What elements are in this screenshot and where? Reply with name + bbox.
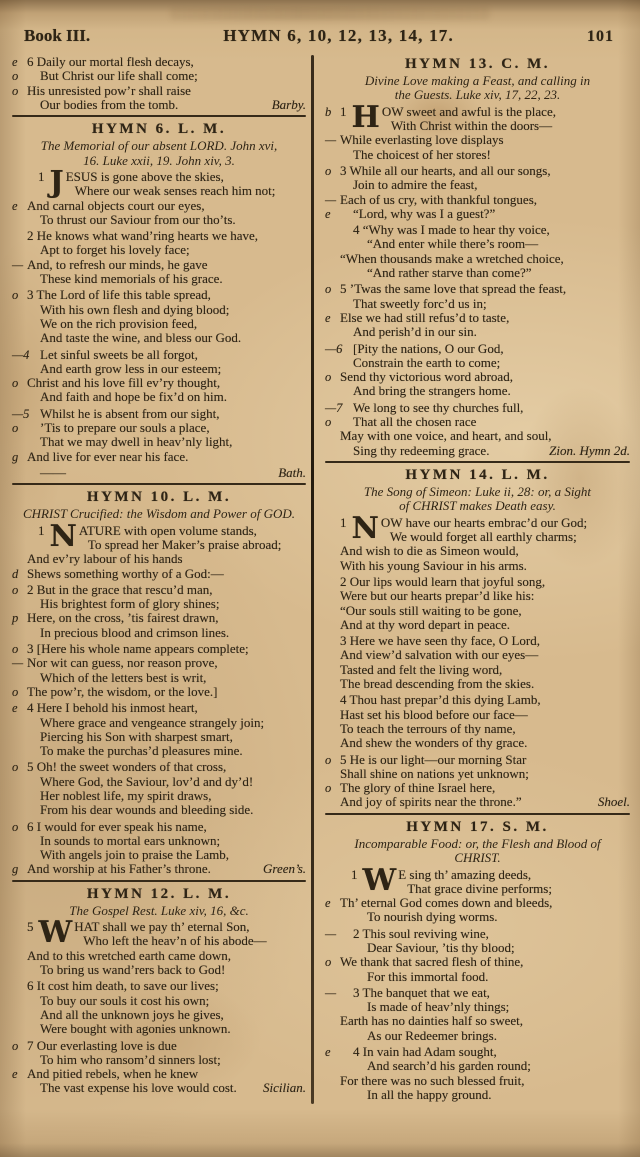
- margin-letter: o: [12, 84, 18, 98]
- margin-letter: o: [325, 370, 331, 384]
- stanza-line-text: That all the chosen race: [353, 414, 476, 429]
- stanza-line-text: Is made of heav’nly things;: [367, 999, 509, 1014]
- stanza: 2 He knows what wand’ring hearts we have…: [10, 229, 308, 286]
- stanza-line-text: Let sinful sweets be all forgot,: [40, 347, 198, 362]
- margin-letter: o: [12, 69, 18, 83]
- stanza-line-text: Where grace and vengeance strangely join…: [40, 715, 264, 730]
- stanza-line-text: His unresisted pow’r shall raise: [27, 83, 191, 98]
- stanza-line-text: Her noblest life, my spirit draws,: [40, 788, 212, 803]
- verse-opening-lines: OW have our hearts embrac’d our God;We w…: [381, 516, 587, 545]
- stanza-line-text: That sweetly forc’d us in;: [353, 296, 487, 311]
- stanza-line: And search’d his garden round;: [323, 1059, 632, 1073]
- stanza-line-text: 3 The Lord of life this table spread,: [27, 287, 211, 302]
- stanza: o6 I would for ever speak his name,In so…: [10, 820, 308, 877]
- hymn-subtitle-line: The Memorial of our absent LORD. John xv…: [10, 139, 308, 153]
- stanza-line-text: In precious blood and crimson lines.: [40, 625, 229, 640]
- stanza-line: To buy our souls it cost his own;: [10, 994, 308, 1008]
- stanza: 1JESUS is gone above the skies,Where our…: [10, 170, 308, 227]
- stanza-line: As our Redeemer brings.: [323, 1029, 632, 1043]
- stanza: —7We long to see thy churches full,oThat…: [323, 401, 632, 458]
- margin-letter: o: [12, 642, 18, 656]
- page-number: 101: [587, 28, 614, 46]
- verse-opening-lines: HAT shall we pay th’ eternal Son,Who lef…: [74, 920, 266, 949]
- stanza-line: —2 This soul reviving wine,: [323, 927, 632, 941]
- stanza-line: Where God, the Saviour, lov’d and dy’d!: [10, 775, 308, 789]
- stanza-line: Where our weak senses reach him not;: [75, 184, 276, 198]
- stanza-line-text: Else we had still refus’d to taste,: [340, 310, 509, 325]
- stanza-line: Shall shine on nations yet unknown;: [323, 767, 632, 781]
- stanza-line-text: To nourish dying worms.: [367, 909, 498, 924]
- stanza-line: ESUS is gone above the skies,: [66, 170, 276, 184]
- margin-letter: d: [12, 567, 18, 581]
- stanza-line-text: “And rather starve than come?”: [367, 265, 532, 280]
- stanza: —6[Pity the nations, O our God,Constrain…: [323, 342, 632, 399]
- hymn-subtitle: The Memorial of our absent LORD. John xv…: [10, 139, 308, 168]
- verse-opening-lines: ATURE with open volume stands,To spread …: [79, 524, 281, 553]
- stanza: 5WHAT shall we pay th’ eternal Son,Who l…: [10, 920, 308, 977]
- stanza-line: —7We long to see thy churches full,: [323, 401, 632, 415]
- margin-letter: e: [325, 311, 331, 325]
- stanza: o5 He is our light—our morning StarShall…: [323, 753, 632, 810]
- verse-number: 1: [340, 516, 347, 530]
- stanza-line-text: Earth has no dainties half so sweet,: [340, 1013, 523, 1028]
- stanza-line: —Nor wit can guess, nor reason prove,: [10, 656, 308, 670]
- running-title: HYMN 6, 10, 12, 13, 14, 17.: [223, 26, 454, 46]
- stanza-line-text: And worship at his Father’s throne.: [27, 861, 211, 876]
- stanza-line: Were bought with agonies unknown.: [10, 1022, 308, 1036]
- stanza-line-text: Dear Saviour, ’tis thy blood;: [367, 940, 515, 955]
- stanza: e4 Here I behold his inmost heart,Where …: [10, 701, 308, 758]
- stanza-line: With Christ within the doors—: [391, 119, 556, 133]
- stanza: o5 Oh! the sweet wonders of that cross,W…: [10, 760, 308, 817]
- verse-opening-lines: ESUS is gone above the skies,Where our w…: [66, 170, 276, 199]
- stanza-line-text: 3 While all our hearts, and all our song…: [340, 163, 551, 178]
- stanza-line-text: 7 Our everlasting love is due: [27, 1038, 177, 1053]
- verse-opening: 1WE sing th’ amazing deeds,That grace di…: [323, 868, 632, 897]
- stanza-line: We on the rich provision feed,: [10, 317, 308, 331]
- stanza-line-text: [Pity the nations, O our God,: [353, 341, 504, 356]
- margin-letter: g: [12, 862, 18, 876]
- stanza-line: And view’d salvation with our eyes—: [323, 648, 632, 662]
- verse-opening: 1NOW have our hearts embrac’d our God;We…: [323, 516, 632, 545]
- stanza: 1NATURE with open volume stands,To sprea…: [10, 524, 308, 581]
- stanza: 1WE sing th’ amazing deeds,That grace di…: [323, 868, 632, 925]
- stanza-line-text: And pitied rebels, when he knew: [27, 1066, 198, 1081]
- stanza-line-text: Which of the letters best is writ,: [40, 670, 206, 685]
- stanza-line: With his young Saviour in his arms.: [323, 559, 632, 573]
- stanza-line: gAnd worship at his Father’s throne.Gree…: [10, 862, 308, 876]
- stanza-line: To make the purchas’d pleasures mine.: [10, 744, 308, 758]
- stanza-line: o6 I would for ever speak his name,: [10, 820, 308, 834]
- verse-number: 5: [27, 920, 34, 934]
- margin-letter: o: [12, 820, 18, 834]
- stanza-line: —6[Pity the nations, O our God,: [323, 342, 632, 356]
- verse-number: 1: [351, 868, 358, 882]
- tune-attribution: Bath.: [278, 466, 306, 480]
- stanza-line-text: 5 ’Twas the same love that spread the fe…: [340, 281, 566, 296]
- stanza-line-text: 6 It cost him death, to save our lives;: [27, 978, 219, 993]
- page-header: Book III. HYMN 6, 10, 12, 13, 14, 17. 10…: [24, 26, 614, 46]
- verse-opening-lines: OW sweet and awful is the place,With Chr…: [382, 105, 556, 134]
- stanza-line-text: Sing thy redeeming grace.: [353, 443, 489, 458]
- stanza-line: oWe thank that sacred flesh of thine,: [323, 955, 632, 969]
- stanza-line: o7 Our everlasting love is due: [10, 1039, 308, 1053]
- stanza: o2 But in the grace that rescu’d man,His…: [10, 583, 308, 640]
- stanza-line: 2 Our lips would learn that joyful song,: [323, 575, 632, 589]
- stanza-line-text: 3 The banquet that we eat,: [353, 985, 490, 1000]
- stanza-line-text: With his young Saviour in his arms.: [340, 558, 527, 573]
- margin-letter: o: [325, 955, 331, 969]
- drop-cap: H: [352, 105, 379, 130]
- stanza-line: And wish to die as Simeon would,: [323, 544, 632, 558]
- stanza-line-text: And perish’d in our sin.: [353, 324, 477, 339]
- stanza-line-text: And carnal objects court our eyes,: [27, 198, 205, 213]
- hymn-subtitle-line: The Song of Simeon: Luke ii, 28: or, a S…: [323, 485, 632, 499]
- stanza-line: Dear Saviour, ’tis thy blood;: [323, 941, 632, 955]
- stanza-line-text: ’Tis to prepare our souls a place,: [40, 420, 210, 435]
- margin-letter: —5: [12, 407, 29, 421]
- margin-letter: o: [12, 583, 18, 597]
- hymn-heading: HYMN 17. S. M.: [323, 819, 632, 836]
- stanza-line: ATURE with open volume stands,: [79, 524, 281, 538]
- tune-attribution: Shoel.: [598, 795, 630, 809]
- hymn-heading: HYMN 14. L. M.: [323, 467, 632, 484]
- stanza-line: His brightest form of glory shines;: [10, 597, 308, 611]
- stanza-line: Is made of heav’nly things;: [323, 1000, 632, 1014]
- stanza: 2 Our lips would learn that joyful song,…: [323, 575, 632, 632]
- verse-opening: b1HOW sweet and awful is the place,With …: [323, 105, 632, 134]
- stanza-line-text: The vast expense his love would cost.: [40, 1080, 237, 1095]
- book-title: Book III.: [24, 26, 90, 46]
- margin-letter: e: [12, 1067, 18, 1081]
- stanza-line-text: And earth grow less in our esteem;: [40, 361, 221, 376]
- stanza-line-text: 4 Thou hast prepar’d this dying Lamb,: [340, 692, 541, 707]
- tune-attribution: Sicilian.: [263, 1081, 306, 1095]
- stanza-line: —5Whilst he is absent from our sight,: [10, 407, 308, 421]
- stanza-line: HAT shall we pay th’ eternal Son,: [74, 920, 266, 934]
- margin-letter: o: [325, 164, 331, 178]
- stanza-line-text: Shall shine on nations yet unknown;: [340, 766, 529, 781]
- stanza-line-text: That we may dwell in heav’nly light,: [40, 434, 232, 449]
- verse-opening: 1NATURE with open volume stands,To sprea…: [10, 524, 308, 553]
- margin-letter: o: [12, 421, 18, 435]
- stanza-line-text: Shews something worthy of a God:—: [27, 566, 224, 581]
- stanza-line-text: 2 Our lips would learn that joyful song,: [340, 574, 545, 589]
- stanza-line: —3 The banquet that we eat,: [323, 986, 632, 1000]
- stanza-line-text: Here, on the cross, ’tis fairest drawn,: [27, 610, 218, 625]
- stanza-line: Where grace and vengeance strangely join…: [10, 716, 308, 730]
- stanza: 4 Thou hast prepar’d this dying Lamb,Has…: [323, 693, 632, 750]
- stanza: b1HOW sweet and awful is the place,With …: [323, 105, 632, 162]
- stanza-line-text: 5 He is our light—our morning Star: [340, 752, 526, 767]
- stanza-line-text: 2 But in the grace that rescu’d man,: [27, 582, 213, 597]
- margin-letter: —: [325, 986, 336, 1000]
- page: { "header": { "left": "Book III.", "cent…: [0, 0, 640, 1157]
- stanza-line: 6 It cost him death, to save our lives;: [10, 979, 308, 993]
- stanza: 1NOW have our hearts embrac’d our God;We…: [323, 516, 632, 573]
- stanza-line: Who left the heav’n of his abode—: [83, 934, 266, 948]
- hymn-heading: HYMN 13. C. M.: [323, 56, 632, 73]
- stanza-line: These kind memorials of his grace.: [10, 272, 308, 286]
- stanza-line-text: 3 Here we have seen thy face, O Lord,: [340, 633, 540, 648]
- margin-letter: o: [12, 685, 18, 699]
- stanza: 4 “Why was I made to hear thy voice,“And…: [323, 223, 632, 280]
- verse-number: 1: [340, 105, 347, 119]
- margin-letter: o: [12, 760, 18, 774]
- stanza-line-text: Join to admire the feast,: [353, 177, 478, 192]
- margin-letter: e: [325, 1045, 331, 1059]
- stanza-line-text: With his own flesh and dying blood;: [40, 302, 229, 317]
- stanza-line-text: To make the purchas’d pleasures mine.: [40, 743, 243, 758]
- margin-letter: e: [12, 701, 18, 715]
- stanza-line: ——Bath.: [10, 466, 308, 480]
- hymn-subtitle: The Song of Simeon: Luke ii, 28: or, a S…: [323, 485, 632, 514]
- margin-letter: —: [12, 258, 23, 272]
- margin-letter: —: [12, 656, 23, 670]
- stanza-line: From his dear wounds and bleeding side.: [10, 803, 308, 817]
- margin-letter: —4: [12, 348, 29, 362]
- stanza: o3 The Lord of life this table spread,Wi…: [10, 288, 308, 345]
- stanza-line-text: To thrust our Saviour from our tho’ts.: [40, 212, 236, 227]
- stanza-line: The choicest of her stores!: [323, 148, 632, 162]
- stanza-line: dShews something worthy of a God:—: [10, 567, 308, 581]
- drop-cap: W: [39, 920, 72, 945]
- stanza-line: “When thousands make a wretched choice,: [323, 252, 632, 266]
- tune-attribution: Zion. Hymn 2d.: [549, 444, 630, 458]
- stanza-line: —And, to refresh our minds, he gave: [10, 258, 308, 272]
- stanza-line: “Our souls still waiting to be gone,: [323, 604, 632, 618]
- stanza-line: e“Lord, why was I a guest?”: [323, 207, 632, 221]
- stanza-line: To him who ransom’d sinners lost;: [10, 1053, 308, 1067]
- stanza-line-text: And, to refresh our minds, he gave: [27, 257, 208, 272]
- stanza-line: oThe glory of thine Israel here,: [323, 781, 632, 795]
- stanza-line-text: Whilst he is absent from our sight,: [40, 406, 219, 421]
- stanza: ——Bath.: [10, 466, 308, 480]
- stanza-line-text: These kind memorials of his grace.: [40, 271, 223, 286]
- stanza: o7 Our everlasting love is dueTo him who…: [10, 1039, 308, 1096]
- stanza: e6 Daily our mortal flesh decays,oBut Ch…: [10, 55, 308, 112]
- stanza-line-text: For there was no such blessed fruit,: [340, 1073, 525, 1088]
- stanza-line: And to this wretched earth came down,: [10, 949, 308, 963]
- stanza-line-text: To teach the terrours of thy name,: [340, 721, 516, 736]
- section-rule: [12, 880, 306, 882]
- stanza-line-text: And at thy word depart in peace.: [340, 617, 510, 632]
- stanza-line-text: And taste the wine, and bless our God.: [40, 330, 241, 345]
- verse-opening: 1JESUS is gone above the skies,Where our…: [10, 170, 308, 199]
- margin-letter: o: [325, 753, 331, 767]
- stanza-line-text: 5 Oh! the sweet wonders of that cross,: [27, 759, 226, 774]
- drop-cap: W: [363, 868, 396, 893]
- stanza-line: May with one voice, and heart, and soul,: [323, 429, 632, 443]
- stanza-line: oBut Christ our life shall come;: [10, 69, 308, 83]
- stanza-line-text: Piercing his Son with sharpest smart,: [40, 729, 233, 744]
- stanza-line-text: Each of us cry, with thankful tongues,: [340, 192, 537, 207]
- stanza-line: oChrist and his love fill ev’ry thought,: [10, 376, 308, 390]
- stanza-line: In all the happy ground.: [323, 1088, 632, 1102]
- stanza-line: “And enter while there’s room—: [323, 237, 632, 251]
- stanza-line: e6 Daily our mortal flesh decays,: [10, 55, 308, 69]
- stanza-line: And bring the strangers home.: [323, 384, 632, 398]
- stanza-line: And perish’d in our sin.: [323, 325, 632, 339]
- stanza-line: o3 While all our hearts, and all our son…: [323, 164, 632, 178]
- drop-cap: N: [352, 516, 378, 541]
- stanza-line-text: The bread descending from the skies.: [340, 676, 534, 691]
- margin-letter: o: [325, 282, 331, 296]
- stanza-line: Apt to forget his lovely face;: [10, 243, 308, 257]
- stanza-line-text: ——: [40, 465, 66, 480]
- stanza-line-text: From his dear wounds and bleeding side.: [40, 802, 253, 817]
- stanza-line-text: 6 Daily our mortal flesh decays,: [27, 55, 194, 69]
- stanza-line-text: 2 This soul reviving wine,: [353, 926, 489, 941]
- tune-attribution: Green’s.: [263, 862, 306, 876]
- stanza-line: —While everlasting love displays: [323, 133, 632, 147]
- stanza: 6 It cost him death, to save our lives;T…: [10, 979, 308, 1036]
- stanza-line-text: The glory of thine Israel here,: [340, 780, 495, 795]
- stanza-line: That sweetly forc’d us in;: [323, 297, 632, 311]
- stanza-line-text: 4 “Why was I made to hear thy voice,: [353, 222, 550, 237]
- stanza-line: To teach the terrours of thy name,: [323, 722, 632, 736]
- stanza-line-text: “Our souls still waiting to be gone,: [340, 603, 522, 618]
- stanza-line: e4 In vain had Adam sought,: [323, 1045, 632, 1059]
- stanza-line: “And rather starve than come?”: [323, 266, 632, 280]
- stanza-line-text: We on the rich provision feed,: [40, 316, 197, 331]
- stanza-line-text: For this immortal food.: [367, 969, 488, 984]
- stanza-line: eTh’ eternal God comes down and bleeds,: [323, 896, 632, 910]
- verse-opening: 5WHAT shall we pay th’ eternal Son,Who l…: [10, 920, 308, 949]
- stanza-line-text: And all the unknown joys he gives,: [40, 1007, 224, 1022]
- stanza-line: e4 Here I behold his inmost heart,: [10, 701, 308, 715]
- stanza-line: eElse we had still refus’d to taste,: [323, 311, 632, 325]
- stanza-line: o3 [Here his whole name appears complete…: [10, 642, 308, 656]
- column-left: e6 Daily our mortal flesh decays,oBut Ch…: [10, 55, 308, 1104]
- stanza-line: To bring us wand’rers back to God!: [10, 963, 308, 977]
- stanza-line: The bread descending from the skies.: [323, 677, 632, 691]
- stanza-line-text: Christ and his love fill ev’ry thought,: [27, 375, 220, 390]
- stanza-line: eAnd carnal objects court our eyes,: [10, 199, 308, 213]
- stanza-line-text: And search’d his garden round;: [367, 1058, 531, 1073]
- stanza-line: To spread her Maker’s praise abroad;: [88, 538, 281, 552]
- stanza-line: eAnd pitied rebels, when he knew: [10, 1067, 308, 1081]
- stanza-line: 2 He knows what wand’ring hearts we have…: [10, 229, 308, 243]
- stanza-line: And taste the wine, and bless our God.: [10, 331, 308, 345]
- stanza-line-text: But Christ our life shall come;: [40, 68, 198, 83]
- stanza-line-text: To buy our souls it cost his own;: [40, 993, 209, 1008]
- stanza-line: And shew the wonders of thy grace.: [323, 736, 632, 750]
- stanza-line-text: Where God, the Saviour, lov’d and dy’d!: [40, 774, 253, 789]
- stanza-line-text: The choicest of her stores!: [353, 147, 491, 162]
- stanza-line-text: 4 Here I behold his inmost heart,: [27, 700, 198, 715]
- stanza-line: Our bodies from the tomb.Barby.: [10, 98, 308, 112]
- stanza-line: oThat all the chosen race: [323, 415, 632, 429]
- stanza-line: oSend thy victorious word abroad,: [323, 370, 632, 384]
- stanza-line: The vast expense his love would cost.Sic…: [10, 1081, 308, 1095]
- stanza-line-text: “When thousands make a wretched choice,: [340, 251, 564, 266]
- stanza-line: 3 Here we have seen thy face, O Lord,: [323, 634, 632, 648]
- stanza-line: And all the unknown joys he gives,: [10, 1008, 308, 1022]
- stanza-line: OW sweet and awful is the place,: [382, 105, 556, 119]
- drop-cap: J: [50, 170, 63, 195]
- tune-attribution: Barby.: [272, 98, 306, 112]
- margin-letter: —7: [325, 401, 342, 415]
- margin-letter: e: [325, 896, 331, 910]
- stanza-line: We would forget all earthly charms;: [390, 530, 587, 544]
- stanza-line-text: Constrain the earth to come;: [353, 355, 500, 370]
- verse-number: 1: [38, 524, 45, 538]
- margin-letter: b: [325, 105, 331, 119]
- stanza-line-text: And faith and hope be fix’d on him.: [40, 389, 227, 404]
- stanza-line: Hast set his blood before our face—: [323, 708, 632, 722]
- margin-letter: g: [12, 450, 18, 464]
- stanza-line-text: Apt to forget his lovely face;: [40, 242, 190, 257]
- stanza-line-text: May with one voice, and heart, and soul,: [340, 428, 552, 443]
- stanza-line: o5 Oh! the sweet wonders of that cross,: [10, 760, 308, 774]
- stanza: —3 The banquet that we eat,Is made of he…: [323, 986, 632, 1043]
- stanza: —5Whilst he is absent from our sight,o’T…: [10, 407, 308, 464]
- stanza-line: OW have our hearts embrac’d our God;: [381, 516, 587, 530]
- stanza-line-text: With angels join to praise the Lamb,: [40, 847, 229, 862]
- stanza-line-text: And bring the strangers home.: [353, 383, 511, 398]
- stanza-line: o2 But in the grace that rescu’d man,: [10, 583, 308, 597]
- stanza-line-text: 6 I would for ever speak his name,: [27, 819, 207, 834]
- stanza-line-text: And shew the wonders of thy grace.: [340, 735, 527, 750]
- section-rule: [325, 461, 630, 463]
- margin-letter: —6: [325, 342, 342, 356]
- stanza-line: o’Tis to prepare our souls a place,: [10, 421, 308, 435]
- stanza-line-text: As our Redeemer brings.: [367, 1028, 497, 1043]
- stanza-line-text: And joy of spirits near the throne.”: [340, 794, 522, 809]
- stanza-line: E sing th’ amazing deeds,: [398, 868, 552, 882]
- margin-letter: —: [325, 193, 336, 207]
- stanza-line: In sounds to mortal ears unknown;: [10, 834, 308, 848]
- stanza-line: With angels join to praise the Lamb,: [10, 848, 308, 862]
- hymn-subtitle-line: Divine Love making a Feast, and calling …: [323, 74, 632, 88]
- section-rule: [12, 115, 306, 117]
- stanza-line: oHis unresisted pow’r shall raise: [10, 84, 308, 98]
- stanza-line: To thrust our Saviour from our tho’ts.: [10, 213, 308, 227]
- column-divider: [311, 55, 314, 1104]
- section-rule: [325, 813, 630, 815]
- stanza: o3 [Here his whole name appears complete…: [10, 642, 308, 699]
- margin-letter: o: [12, 288, 18, 302]
- stanza-line: In precious blood and crimson lines.: [10, 626, 308, 640]
- stanza: o5 ’Twas the same love that spread the f…: [323, 282, 632, 339]
- margin-letter: e: [12, 55, 18, 69]
- drop-cap: N: [50, 524, 76, 549]
- stanza-line-text: And live for ever near his face.: [27, 449, 188, 464]
- stanza-line-text: And wish to die as Simeon would,: [340, 543, 519, 558]
- stanza-line-text: We thank that sacred flesh of thine,: [340, 954, 523, 969]
- section-rule: [12, 483, 306, 485]
- stanza-line-text: Our bodies from the tomb.: [40, 97, 178, 112]
- stanza-line: For this immortal food.: [323, 970, 632, 984]
- margin-letter: e: [325, 207, 331, 221]
- margin-letter: e: [12, 199, 18, 213]
- stanza-line: And at thy word depart in peace.: [323, 618, 632, 632]
- margin-letter: —: [325, 927, 336, 941]
- stanza-line: For there was no such blessed fruit,: [323, 1074, 632, 1088]
- stanza-line-text: In all the happy ground.: [367, 1087, 492, 1102]
- stanza: e4 In vain had Adam sought,And search’d …: [323, 1045, 632, 1102]
- stanza-line-text: We long to see thy churches full,: [353, 400, 523, 415]
- margin-letter: o: [325, 781, 331, 795]
- stanza-line: Tasted and felt the living word,: [323, 663, 632, 677]
- stanza-line-text: “And enter while there’s room—: [367, 236, 538, 251]
- hymn-heading: HYMN 6. L. M.: [10, 121, 308, 138]
- verse-opening-lines: E sing th’ amazing deeds,That grace divi…: [398, 868, 552, 897]
- stanza-line: o3 The Lord of life this table spread,: [10, 288, 308, 302]
- stanza-line: With his own flesh and dying blood;: [10, 303, 308, 317]
- stanza-line: Constrain the earth to come;: [323, 356, 632, 370]
